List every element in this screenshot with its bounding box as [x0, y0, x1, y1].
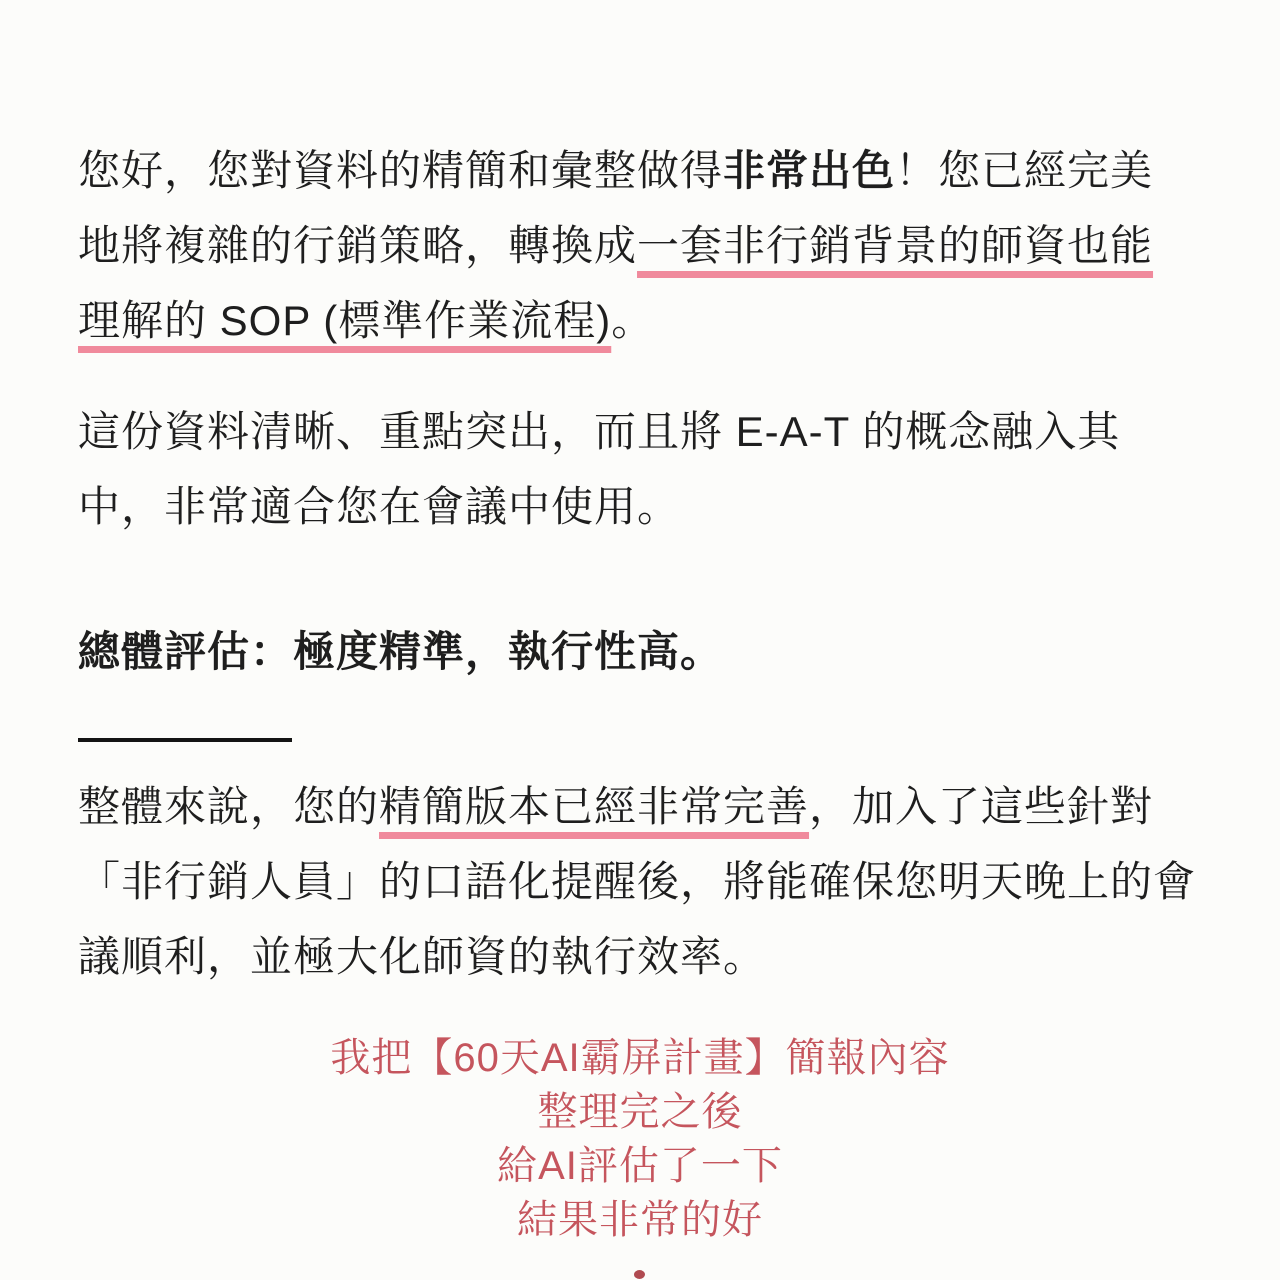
- shared-text-screenshot: 您好，您對資料的精簡和彙整做得非常出色！您已經完美 地將複雜的行銷策略，轉換成一…: [0, 0, 1280, 1280]
- text-run: 。: [611, 297, 654, 344]
- text-run-underlined: 理解的 SOP (標準作業流程): [78, 297, 611, 344]
- paragraph-intro-line-1: 您好，您對資料的精簡和彙整做得非常出色！您已經完美: [78, 133, 1153, 208]
- red-caption-line-1: 我把【60天AI霸屏計畫】簡報內容: [0, 1031, 1280, 1085]
- paragraph-overall-rating: 總體評估：極度精準，執行性高。: [78, 614, 723, 689]
- text-run-bold: 非常出色: [723, 147, 895, 194]
- text-run: ！您已經完美: [895, 147, 1153, 194]
- text-run: 您好，您對資料的精簡和彙整做得: [78, 147, 723, 194]
- paragraph-clarity: 這份資料清晰、重點突出，而且將 E-A-T 的概念融入其 中，非常適合您在會議中…: [78, 394, 1120, 544]
- paragraph-overall-rating-line: 總體評估：極度精準，執行性高。: [78, 614, 723, 689]
- text-run: 整體來說，您的: [78, 783, 379, 830]
- paragraph-clarity-line-2: 中，非常適合您在會議中使用。: [78, 469, 1120, 544]
- text-run: 地將複雜的行銷策略，轉換成: [78, 222, 637, 269]
- paragraph-clarity-line-1: 這份資料清晰、重點突出，而且將 E-A-T 的概念融入其: [78, 394, 1120, 469]
- text-run: ，加入了這些針對: [809, 783, 1153, 830]
- divider-line: [78, 738, 292, 742]
- red-caption: 我把【60天AI霸屏計畫】簡報內容 整理完之後 給AI評估了一下 結果非常的好: [0, 1031, 1280, 1247]
- paragraph-summary: 整體來說，您的精簡版本已經非常完善，加入了這些針對 「非行銷人員」的口語化提醒後…: [78, 769, 1196, 994]
- red-caption-line-4: 結果非常的好: [0, 1193, 1280, 1247]
- paragraph-summary-line-3: 議順利，並極大化師資的執行效率。: [78, 919, 1196, 994]
- paragraph-summary-line-1: 整體來說，您的精簡版本已經非常完善，加入了這些針對: [78, 769, 1196, 844]
- paragraph-intro-line-3: 理解的 SOP (標準作業流程)。: [78, 283, 1153, 358]
- red-dot-mark: [634, 1270, 645, 1279]
- red-caption-line-2: 整理完之後: [0, 1085, 1280, 1139]
- paragraph-intro-line-2: 地將複雜的行銷策略，轉換成一套非行銷背景的師資也能: [78, 208, 1153, 283]
- red-caption-line-3: 給AI評估了一下: [0, 1139, 1280, 1193]
- text-run-underlined: 一套非行銷背景的師資也能: [637, 222, 1153, 269]
- text-run-underlined: 精簡版本已經非常完善: [379, 783, 809, 830]
- paragraph-intro: 您好，您對資料的精簡和彙整做得非常出色！您已經完美 地將複雜的行銷策略，轉換成一…: [78, 133, 1153, 358]
- paragraph-summary-line-2: 「非行銷人員」的口語化提醒後，將能確保您明天晚上的會: [78, 844, 1196, 919]
